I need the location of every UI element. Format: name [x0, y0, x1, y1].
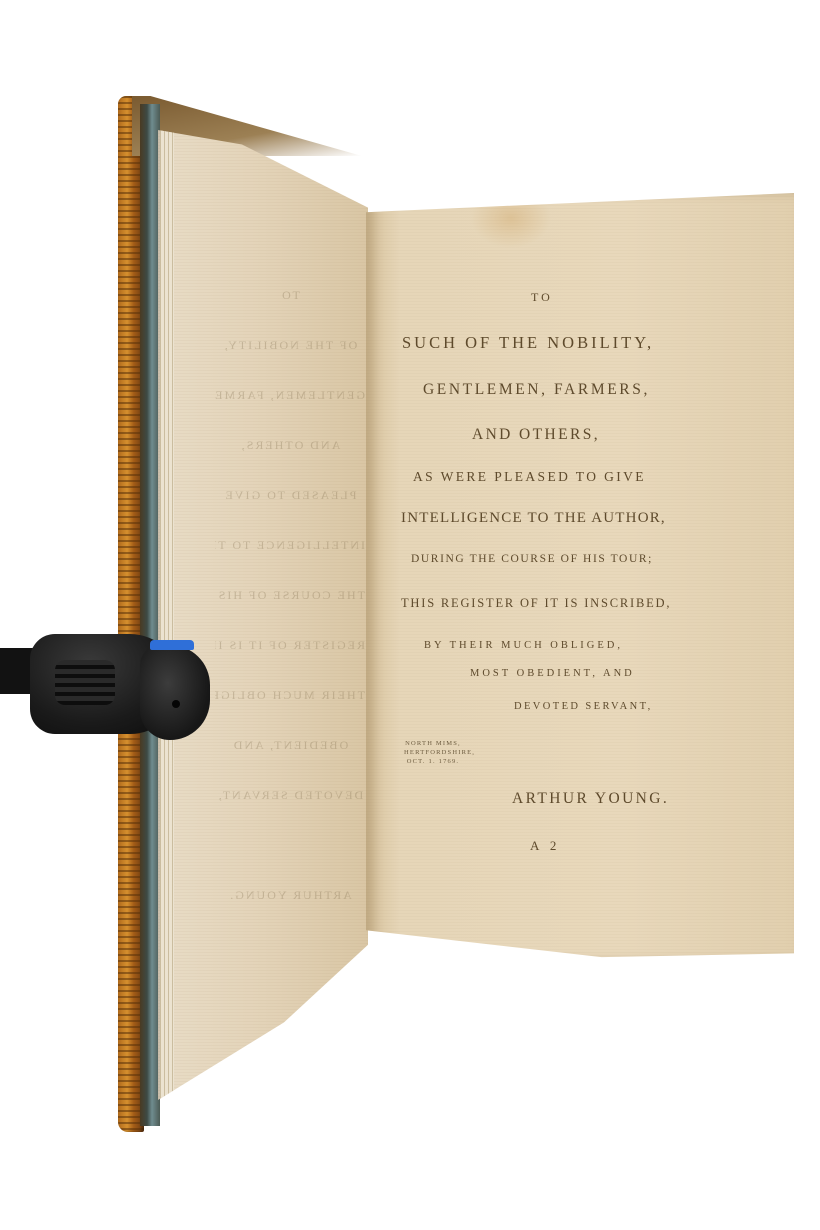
showthrough-line: THE COURSE OF HIS TOUR; — [215, 570, 365, 620]
place-line: NORTH MIMS, — [404, 739, 462, 748]
dedication-line: THIS REGISTER OF IT IS INSCRIBED, — [401, 596, 671, 611]
showthrough-line: DEVOTED SERVANT, — [215, 770, 365, 820]
place-and-date: NORTH MIMS, HERTFORDSHIRE, OCT. 1. 1769. — [404, 739, 462, 766]
dedication-line: SUCH OF THE NOBILITY, — [402, 333, 654, 353]
showthrough-line: REGISTER OF IT IS INSCRIBED, — [215, 620, 365, 670]
dedication-line: AS WERE PLEASED TO GIVE — [413, 469, 646, 485]
clamp-pivot-pin — [172, 700, 180, 708]
book-photo: TO OF THE NOBILITY, GENTLEMEN, FARMERS, … — [0, 0, 820, 1230]
date-line: OCT. 1. 1769. — [404, 757, 462, 766]
dedication-line: MOST OBEDIENT, AND — [470, 668, 635, 679]
showthrough-line: AND OTHERS, — [215, 420, 365, 470]
showthrough-line: PLEASED TO GIVE — [215, 470, 365, 520]
author-signature: ARTHUR YOUNG. — [512, 790, 669, 808]
dedication-line: DURING THE COURSE OF HIS TOUR; — [411, 553, 653, 565]
clamp-jaw — [140, 645, 210, 740]
showthrough-line: INTELLIGENCE TO THE AUTHOR, — [215, 520, 365, 570]
dedication-line: BY THEIR MUCH OBLIGED, — [424, 640, 623, 651]
marbled-endpaper-edge — [140, 104, 160, 1126]
dedication-line-to: TO — [531, 290, 553, 305]
showthrough-line: OF THE NOBILITY, — [215, 320, 365, 370]
showthrough-line — [215, 820, 365, 870]
showthrough-line: GENTLEMEN, FARMERS, — [215, 370, 365, 420]
showthrough-line: TO — [215, 270, 365, 320]
clamp-spring-icon — [55, 660, 115, 705]
showthrough-line: ARTHUR YOUNG. — [215, 870, 365, 910]
dedication-line: DEVOTED SERVANT, — [514, 701, 653, 712]
showthrough-line: THEIR MUCH OBLIGED, — [215, 670, 365, 720]
dedication-line: AND OTHERS, — [472, 426, 600, 444]
left-page-showthrough-text: TO OF THE NOBILITY, GENTLEMEN, FARMERS, … — [215, 270, 365, 910]
showthrough-line: OBEDIENT, AND — [215, 720, 365, 770]
county-line: HERTFORDSHIRE, — [404, 748, 462, 757]
signature-mark: A 2 — [530, 838, 560, 854]
right-page — [366, 193, 794, 961]
clamp-blue-pad — [150, 640, 194, 650]
dedication-line: GENTLEMEN, FARMERS, — [423, 381, 650, 399]
dedication-line: INTELLIGENCE TO THE AUTHOR, — [401, 510, 666, 527]
